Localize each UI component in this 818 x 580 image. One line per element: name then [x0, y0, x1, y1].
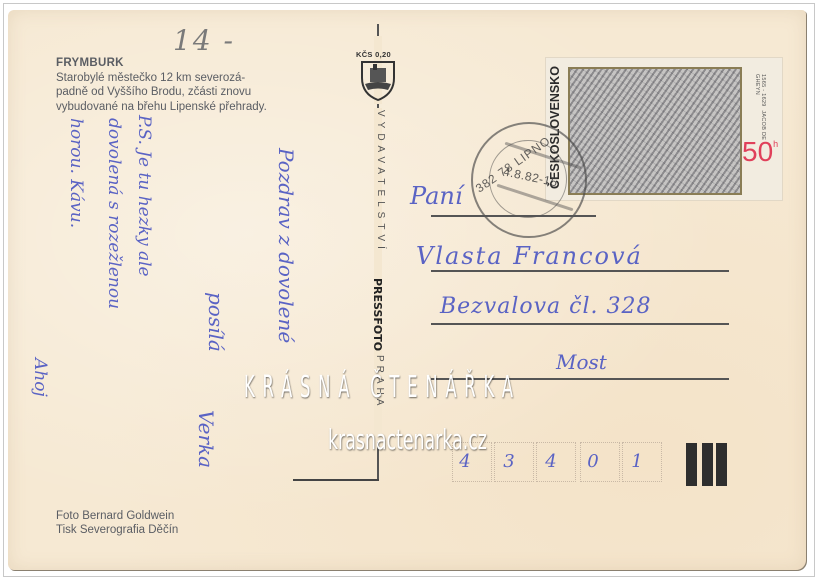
sort-code-bar	[716, 443, 727, 486]
stamp-value-unit: h	[773, 139, 778, 149]
stamp-years: 1565 - 1629	[760, 74, 766, 107]
ps-line: horou. Kávu.	[66, 118, 86, 228]
watermark-title: KRÁSNÁ ČTENÁŘKA	[244, 370, 442, 405]
ps-signature: Ahoj	[30, 358, 50, 397]
address-city: Most	[556, 350, 607, 374]
address-street: Bezvalova čl. 328	[440, 294, 651, 319]
caption-line: Starobylé městečko 12 km severozá-	[56, 71, 267, 86]
divider-corner-line	[293, 479, 379, 481]
sort-code-bar	[702, 443, 713, 486]
message-line: posílá	[204, 292, 228, 352]
message-signature: Verka	[194, 410, 218, 468]
ps-line: dovolená s rozežlenou	[104, 118, 124, 309]
caption-line: padně od Vyššího Brodu, zčásti znovu	[56, 85, 267, 100]
pencil-mark: 14 -	[173, 24, 235, 57]
message-line: Pozdrav z dovolené	[274, 148, 298, 343]
sort-code-bar	[686, 443, 697, 486]
credits: Foto Bernard Goldwein Tisk Severografia …	[56, 510, 178, 537]
zip-digit: 1	[618, 451, 656, 472]
address-line	[431, 323, 729, 325]
address-name: Vlasta Francová	[416, 242, 643, 270]
ps-line: P.S. Je tu hezky ale	[134, 115, 154, 277]
photo-credit: Foto Bernard Goldwein	[56, 510, 178, 524]
publisher-brand: PRESSFOTO	[366, 278, 384, 351]
postcard: 14 - FRYMBURK Starobylé městečko 12 km s…	[8, 10, 806, 570]
print-credit: Tisk Severografia Děčín	[56, 524, 178, 538]
caption: FRYMBURK Starobylé městečko 12 km severo…	[56, 56, 267, 114]
watermark-url: krasnactenarka.cz	[328, 423, 487, 456]
stamp-engraving	[568, 67, 742, 195]
zip-digit: 0	[574, 451, 612, 472]
zip-digit: 3	[490, 451, 528, 472]
postage-logo: KČS 0,20	[352, 50, 404, 102]
publisher-name: VYDAVATELSTVÍ	[370, 110, 386, 254]
address-salutation: Paní	[410, 182, 463, 210]
zip-digit: 4	[532, 451, 570, 472]
stamp-value-number: 50	[742, 136, 773, 167]
caption-title: FRYMBURK	[56, 56, 267, 71]
caption-line: vybudované na břehu Lipenské přehrady.	[56, 100, 267, 115]
stamp-value: 50h	[742, 136, 778, 168]
address-line	[431, 215, 596, 217]
postmark: 382 78 LIPNO 4.8.82-15	[471, 122, 587, 238]
postage-price: KČS 0,20	[356, 50, 391, 59]
address-line	[431, 270, 729, 272]
